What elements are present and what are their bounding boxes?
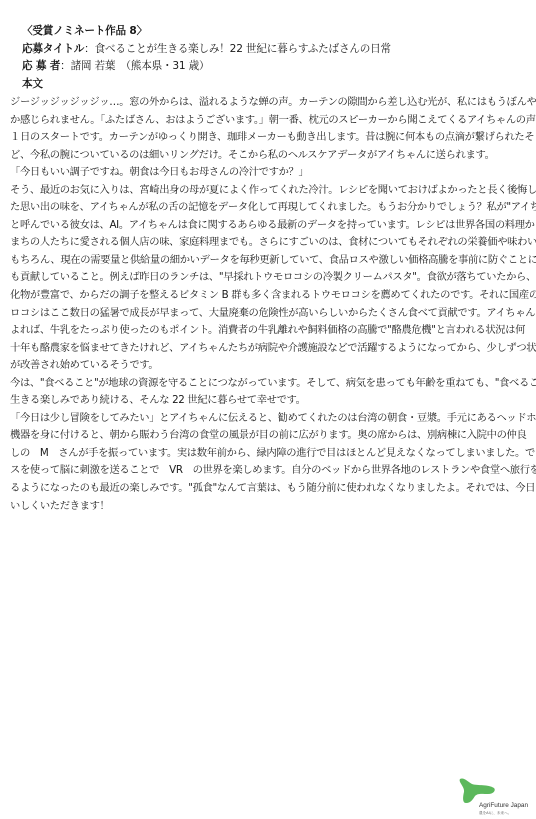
body-line: ど、今私の腕についているのは細いリングだけ。そこから私のヘルスケアデータがアイち… — [10, 147, 530, 165]
document-page: 〈受賞ノミネート作品 8〉 応募タイトル：食べることが生きる楽しみ！22 世紀に… — [0, 0, 536, 819]
body-line: 十年も酪農家を悩ませてきたけれど、アイちゃんたちが病院や介護施設などで活躍するよ… — [10, 340, 530, 358]
body-line: と呼んでいる彼女は、AI。アイちゃんは食に関するあらゆる最新のデータを持っていま… — [10, 217, 530, 235]
body-line: るようになったのも最近の楽しみです。"孤食"なんて言葉は、もう随分前に使われなく… — [10, 480, 530, 498]
applicant-label: 応 募 者 — [22, 60, 60, 72]
title-separator: ： — [84, 43, 94, 55]
body-line: た思い出の味を、アイちゃんが私の舌の記憶をデータ化して再現してくれました。もうお… — [10, 199, 530, 217]
body-line: ジージッジッジッジッ…。窓の外からは、溢れるような蝉の声。カーテンの隙間から差し… — [10, 94, 530, 112]
body-line: １日のスタートです。カーテンがゆっくり開き、珈琲メーカーも動き出します。昔は腕に… — [10, 129, 530, 147]
title-label: 応募タイトル — [22, 43, 84, 55]
applicant-name: 諸岡 若葉 （熊本県・31 歳） — [71, 60, 210, 72]
body-line: そう、最近のお気に入りは、宮崎出身の母が夏によく作ってくれた冷汁。レシピを聞いて… — [10, 182, 530, 200]
body-heading: 本文 — [22, 76, 522, 94]
body-line: 「今日もいい調子ですね。朝食は今日もお母さんの冷汁ですか？」 — [10, 164, 530, 182]
body-line: ロコシはここ数日の猛暑で成長が早まって、大量廃棄の危険性が高いらしいからたくさん… — [10, 305, 530, 323]
logo-name: AgriFuture Japan — [479, 802, 528, 809]
body-line: 化物が豊富で、からだの調子を整えるビタミン B 群も多く含まれるトウモロコシを薦… — [10, 287, 530, 305]
body-line: もちろん、現在の需要量と供給量の細かいデータを毎秒更新していて、食品ロスや激しい… — [10, 252, 530, 270]
leaf-logo-icon — [458, 776, 498, 804]
agrifuture-japan-logo: AgriFuture Japan 農をAIに、未来へ。 — [458, 776, 536, 816]
logo-tagline: 農をAIに、未来へ。 — [479, 811, 511, 816]
body-line: か感じられません。「ふたばさん、おはようございます。」朝一番、枕元のスピーカーか… — [10, 112, 530, 130]
applicant-row: 応 募 者：諸岡 若葉 （熊本県・31 歳） — [22, 58, 522, 76]
body-line: よれば、牛乳をたっぷり使ったのもポイント。消費者の牛乳離れや飼料価格の高騰で"酪… — [10, 322, 530, 340]
body-line: が改善され始めているそうです。 — [10, 357, 530, 375]
nomination-label: 〈受賞ノミネート作品 8〉 — [22, 23, 522, 41]
story-body: ジージッジッジッジッ…。窓の外からは、溢れるような蝉の声。カーテンの隙間から差し… — [10, 94, 530, 515]
body-line: スを使って脳に刺激を送ることで VR の世界を楽しめます。自分のベッドから世界各… — [10, 462, 530, 480]
title-row: 応募タイトル：食べることが生きる楽しみ！22 世紀に暮らすふたばさんの日常 — [22, 41, 522, 59]
body-line: 生きる楽しみであり続ける、そんな 22 世紀に暮らせて幸せです。 — [10, 392, 530, 410]
entry-header: 〈受賞ノミネート作品 8〉 応募タイトル：食べることが生きる楽しみ！22 世紀に… — [22, 23, 522, 93]
body-line: しの M さんが手を振っています。実は数年前から、緑内障の進行で目はほとんど見え… — [10, 445, 530, 463]
body-line: まちの人たちに愛される個人店の味、家庭料理までも。さらにすごいのは、食材について… — [10, 234, 530, 252]
body-line: 機器を身に付けると、朝から賑わう台湾の食堂の風景が目の前に広がります。奥の席から… — [10, 427, 530, 445]
applicant-separator: ： — [60, 60, 70, 72]
body-line: も貢献していること。例えば昨日のランチは、"早採れトウモロコシの冷製クリームパス… — [10, 269, 530, 287]
body-line: いしくいただきます！ — [10, 498, 530, 516]
body-line: 「今日は少し冒険をしてみたい」とアイちゃんに伝えると、勧めてくれたのは台湾の朝食… — [10, 410, 530, 428]
entry-title: 食べることが生きる楽しみ！22 世紀に暮らすふたばさんの日常 — [95, 43, 391, 55]
body-line: 今は、"食べること"が地球の資源を守ることにつながっています。そして、病気を患っ… — [10, 375, 530, 393]
